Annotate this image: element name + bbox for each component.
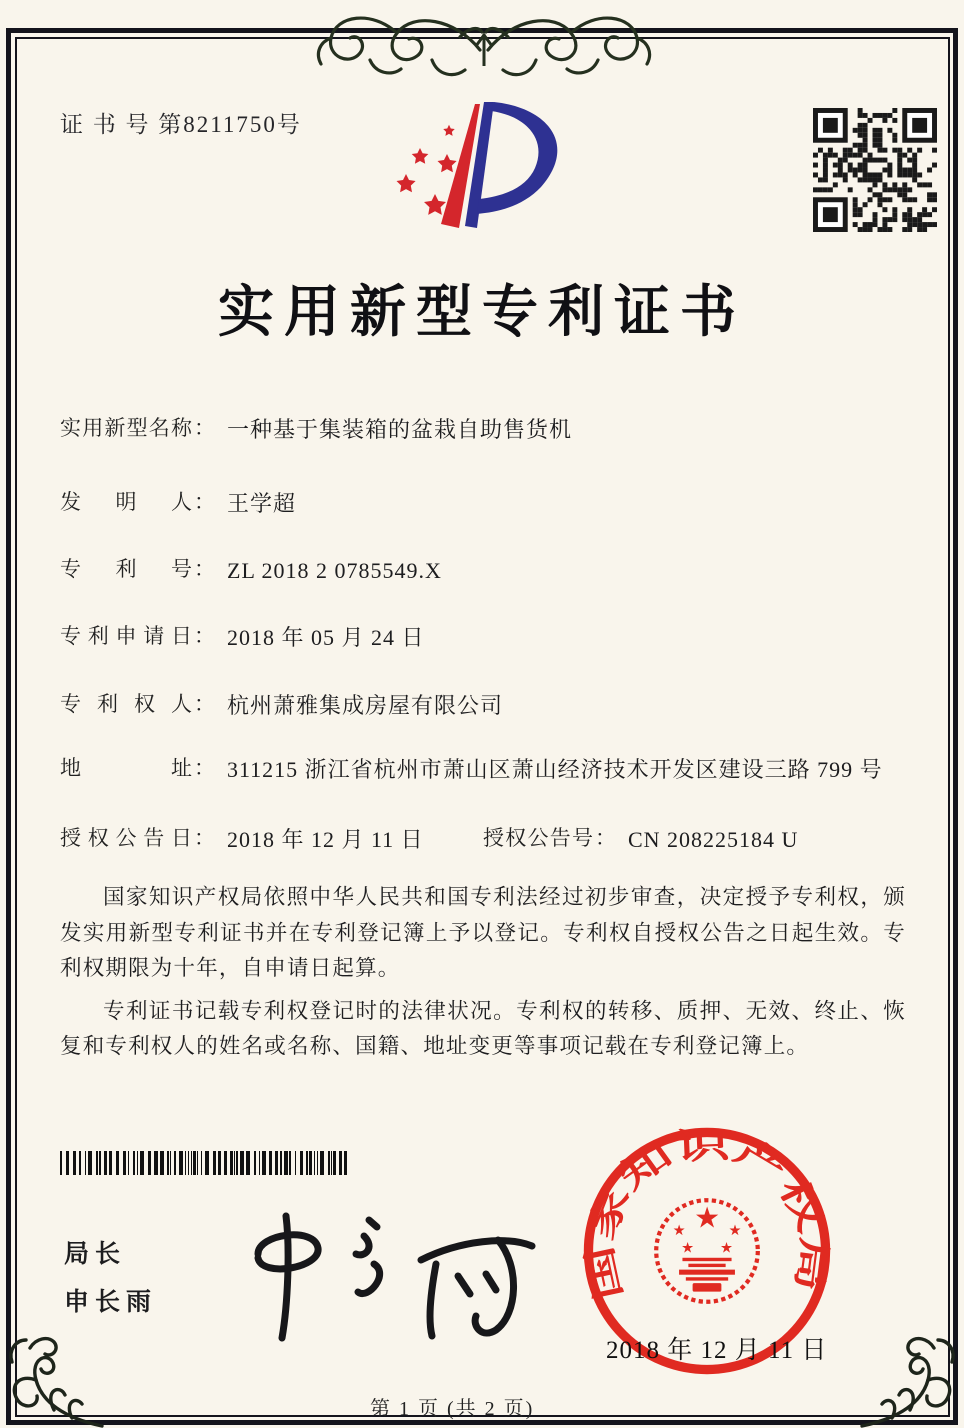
field-value: 王学超 — [227, 486, 296, 521]
svg-text:★: ★ — [728, 1223, 741, 1239]
field-patent-number: 专利号： ZL 2018 2 0785549.X — [60, 553, 442, 588]
svg-text:★: ★ — [681, 1241, 694, 1257]
field-value: 杭州萧雅集成房屋有限公司 — [227, 688, 503, 723]
field-label: 专利权人 — [60, 688, 192, 723]
legal-text-block: 国家知识产权局依照中华人民共和国专利法经过初步审查，决定授予专利权，颁发实用新型… — [60, 880, 906, 1072]
field-patentee: 专利权人： 杭州萧雅集成房屋有限公司 — [60, 688, 503, 723]
field-label: 发明人 — [60, 486, 192, 521]
field-value: 311215 浙江省杭州市萧山区萧山经济技术开发区建设三路 799 号 — [227, 752, 927, 787]
field-label: 专利申请日 — [60, 620, 192, 655]
colon: ： — [192, 620, 219, 655]
colon: ： — [593, 822, 620, 857]
field-label: 授权公告号 — [483, 822, 593, 857]
barcode — [60, 1151, 350, 1175]
colon: ： — [192, 412, 219, 447]
signature-shen-changyu — [236, 1208, 536, 1348]
colon: ： — [192, 688, 219, 723]
signer-title: 局长 — [64, 1234, 126, 1270]
field-value: 2018 年 05 月 24 日 — [227, 620, 425, 655]
seal-date: 2018 年 12 月 11 日 — [606, 1330, 827, 1366]
field-value: ZL 2018 2 0785549.X — [227, 553, 442, 588]
corner-flourish-left — [2, 1318, 110, 1428]
colon: ： — [192, 486, 219, 521]
field-label: 授权公告日 — [60, 822, 192, 857]
field-utility-model-name: 实用新型名称： 一种基于集装箱的盆栽自助售货机 — [60, 412, 572, 447]
field-grant-number: 授权公告号： CN 208225184 U — [483, 822, 798, 857]
certificate-number: 证 书 号 第8211750号 — [60, 106, 302, 139]
legal-paragraph-1: 国家知识产权局依照中华人民共和国专利法经过初步审查，决定授予专利权，颁发实用新型… — [60, 880, 906, 987]
patent-certificate-page: 证 书 号 第8211750号 实用新型专利证书 实用新型名称： 一种基于集装箱… — [0, 0, 964, 1428]
colon: ： — [192, 822, 219, 857]
top-flourish-ornament — [310, 2, 658, 102]
colon: ： — [192, 752, 219, 787]
svg-text:★: ★ — [694, 1202, 720, 1234]
certificate-title: 实用新型专利证书 — [0, 268, 964, 348]
field-label: 实用新型名称 — [60, 412, 192, 447]
field-value: 一种基于集装箱的盆栽自助售货机 — [227, 412, 572, 447]
colon: ： — [192, 553, 219, 588]
field-label: 地址 — [60, 752, 192, 787]
legal-paragraph-2: 专利证书记载专利权登记时的法律状况。专利权的转移、质押、无效、终止、恢复和专利权… — [60, 994, 906, 1065]
field-inventor: 发明人： 王学超 — [60, 486, 296, 521]
signer-name: 申长雨 — [64, 1282, 157, 1318]
national-emblem: ★ ★ ★ ★ ★ — [656, 1200, 758, 1302]
field-address: 地址： 311215 浙江省杭州市萧山区萧山经济技术开发区建设三路 799 号 — [60, 752, 927, 787]
svg-text:★: ★ — [720, 1241, 733, 1257]
field-label: 专利号 — [60, 553, 192, 588]
corner-flourish-right — [854, 1318, 962, 1428]
field-filing-date: 专利申请日： 2018 年 05 月 24 日 — [60, 620, 425, 655]
field-value: CN 208225184 U — [628, 822, 798, 857]
qr-code — [813, 108, 937, 232]
cnipa-logo — [385, 96, 590, 248]
field-value: 2018 年 12 月 11 日 — [227, 822, 424, 857]
field-grant-row: 授权公告日： 2018 年 12 月 11 日 授权公告号： CN 208225… — [60, 822, 924, 857]
page-indicator: 第 1 页 (共 2 页) — [370, 1392, 534, 1421]
svg-text:★: ★ — [673, 1223, 686, 1239]
